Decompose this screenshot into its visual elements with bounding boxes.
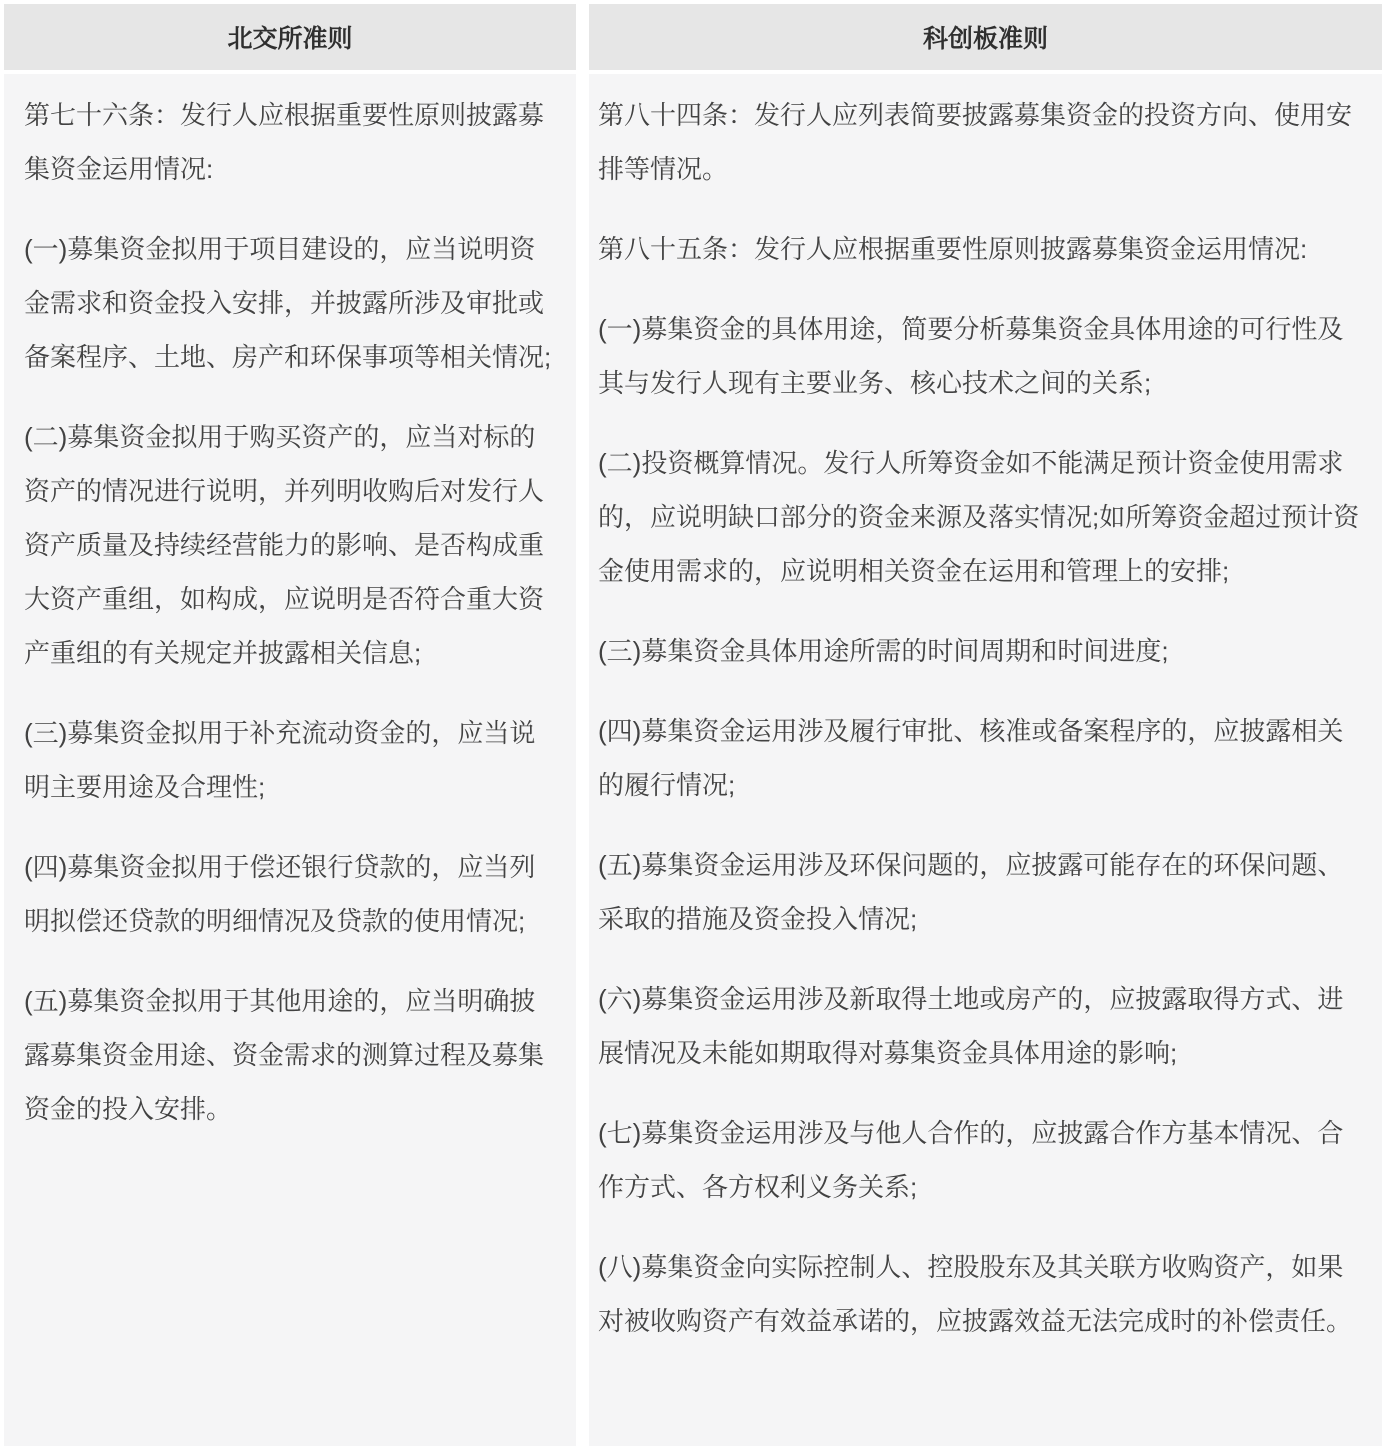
star-rule-item-2: (二)投资概算情况。发行人所筹资金如不能满足预计资金使用需求的，应说明缺口部分的…: [598, 436, 1366, 598]
star-rule-84: 第八十四条：发行人应列表简要披露募集资金的投资方向、使用安排等情况。: [598, 88, 1366, 196]
star-rule-item-4: (四)募集资金运用涉及履行审批、核准或备案程序的，应披露相关的履行情况;: [598, 704, 1366, 812]
bse-rule-intro: 第七十六条：发行人应根据重要性原则披露募集资金运用情况:: [24, 88, 560, 196]
column-header-bse: 北交所准则: [4, 4, 576, 70]
bse-rule-item-3: (三)募集资金拟用于补充流动资金的，应当说明主要用途及合理性;: [24, 706, 560, 814]
column-body-star: 第八十四条：发行人应列表简要披露募集资金的投资方向、使用安排等情况。 第八十五条…: [589, 74, 1382, 1446]
bse-rule-item-2: (二)募集资金拟用于购买资产的，应当对标的资产的情况进行说明，并列明收购后对发行…: [24, 410, 560, 680]
star-rule-item-6: (六)募集资金运用涉及新取得土地或房产的，应披露取得方式、进展情况及未能如期取得…: [598, 972, 1366, 1080]
star-rule-item-3: (三)募集资金具体用途所需的时间周期和时间进度;: [598, 624, 1366, 678]
star-rule-85-intro: 第八十五条：发行人应根据重要性原则披露募集资金运用情况:: [598, 222, 1366, 276]
star-rule-item-7: (七)募集资金运用涉及与他人合作的，应披露合作方基本情况、合作方式、各方权利义务…: [598, 1106, 1366, 1214]
bse-rule-item-1: (一)募集资金拟用于项目建设的，应当说明资金需求和资金投入安排，并披露所涉及审批…: [24, 222, 560, 384]
column-body-bse: 第七十六条：发行人应根据重要性原则披露募集资金运用情况: (一)募集资金拟用于项…: [4, 74, 576, 1446]
star-rule-item-1: (一)募集资金的具体用途，简要分析募集资金具体用途的可行性及其与发行人现有主要业…: [598, 302, 1366, 410]
rules-comparison-page: 北交所准则 科创板准则 第七十六条：发行人应根据重要性原则披露募集资金运用情况:…: [0, 0, 1386, 1450]
comparison-table: 北交所准则 科创板准则 第七十六条：发行人应根据重要性原则披露募集资金运用情况:…: [0, 0, 1386, 1450]
column-header-star: 科创板准则: [589, 4, 1382, 70]
star-rule-item-8: (八)募集资金向实际控制人、控股股东及其关联方收购资产，如果对被收购资产有效益承…: [598, 1240, 1366, 1348]
bse-rule-item-4: (四)募集资金拟用于偿还银行贷款的，应当列明拟偿还贷款的明细情况及贷款的使用情况…: [24, 840, 560, 948]
bse-rule-item-5: (五)募集资金拟用于其他用途的，应当明确披露募集资金用途、资金需求的测算过程及募…: [24, 974, 560, 1136]
star-rule-item-5: (五)募集资金运用涉及环保问题的，应披露可能存在的环保问题、采取的措施及资金投入…: [598, 838, 1366, 946]
